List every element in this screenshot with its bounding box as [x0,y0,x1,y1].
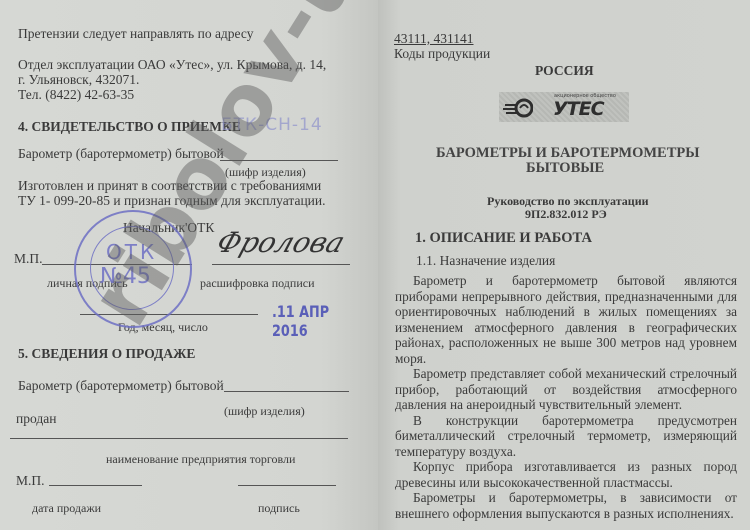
manual-code: 9П2.832.012 РЭ [525,206,607,222]
sale-signature-line [238,485,336,486]
utes-emblem-icon [503,95,533,119]
sale-signature-caption: подпись [258,500,300,516]
paragraph-3: В конструкции баротермометра предусмотре… [395,413,737,460]
rect-stamp: БТК-СН-14 [221,115,323,135]
acceptance-heading: 4. СВИДЕТЕЛЬСТВО О ПРИЕМКЕ [18,119,241,135]
section-heading: 1. ОПИСАНИЕ И РАБОТА [415,230,592,246]
stamp-number-text: №45 [100,264,151,289]
product-codes: 43111, 431141 [394,31,474,47]
product-code-line [220,160,338,161]
sale-date-caption: дата продажи [32,500,101,516]
date-stamp: .11 АПР 2016 [272,302,357,340]
utes-logo: акционерное общество УТЕС [499,92,629,122]
sale-code-caption: (шифр изделия) [224,403,305,419]
trade-enterprise-line [10,438,348,439]
paragraph-2: Барометр представляет собой механический… [395,366,737,413]
acceptance-product-label: Барометр (баротермометр) бытовой [18,146,224,162]
paragraph-5: Барометры и баротермометры, в зависимост… [395,490,737,521]
title-line-2: БЫТОВЫЕ [526,160,604,176]
subsection-heading: 1.1. Назначение изделия [416,253,555,269]
signature-decoding-caption: расшифровка подписи [200,275,315,291]
sale-product-label: Барометр (баротермометр) бытовой [18,378,224,394]
address-line-2: г. Ульяновск, 432071. [18,72,139,88]
sale-heading: 5. СВЕДЕНИЯ О ПРОДАЖЕ [18,346,195,362]
phone: Тел. (8422) 42-63-35 [18,87,134,103]
paragraph-1: Барометр и баротермометр бытовой являютс… [395,273,737,366]
statement-line-1: Изготовлен и принят в соответствии с тре… [18,178,321,194]
claims-intro: Претензии следует направлять по адресу [18,26,253,42]
product-codes-label: Коды продукции [394,46,490,62]
paragraph-4: Корпус прибора изготавливается из разных… [395,459,737,490]
sale-date-line [49,485,142,486]
address-line-1: Отдел эксплуатации ОАО «Утес», ул. Крымо… [18,57,326,73]
signature-decoding-line [212,264,350,265]
left-page: Претензии следует направлять по адресу О… [0,0,378,530]
sale-code-line [224,391,349,392]
otk-round-stamp: ОТК №45 [74,210,192,328]
description-text: Барометр и баротермометр бытовой являютс… [395,273,737,521]
mp-label: М.П. [14,251,43,267]
title-line-1: БАРОМЕТРЫ И БАРОТЕРМОМЕТРЫ [436,145,700,161]
stamp-otk-text: ОТК [106,240,157,264]
logo-brand: УТЕС [553,98,604,120]
country: РОССИЯ [535,63,594,79]
sold-label: продан [16,411,56,427]
trade-caption: наименование предприятия торговли [106,451,295,467]
statement-line-2: ТУ 1- 099-20-85 и признан годным для экс… [18,193,326,209]
signature: Фролова [213,226,349,259]
sale-mp-label: М.П. [16,473,45,489]
